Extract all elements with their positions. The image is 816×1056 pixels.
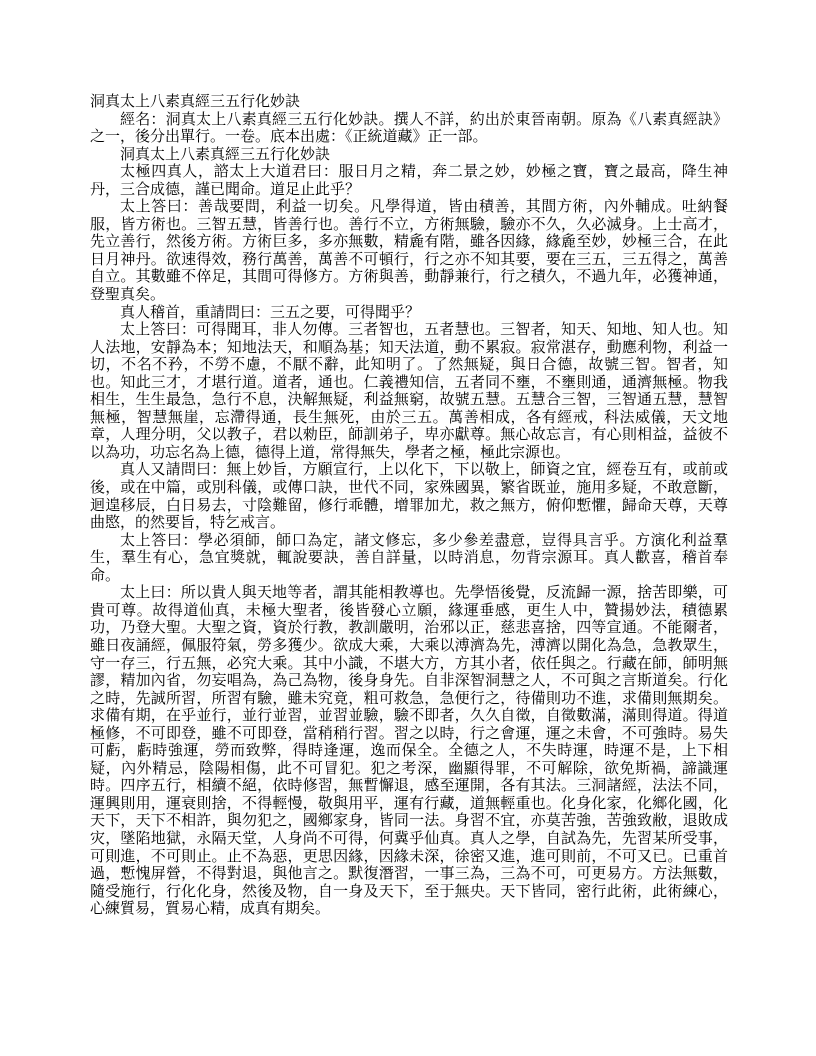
paragraph-question-1: 太極四真人，諮太上大道君曰：服日月之精，奔二景之妙，妙極之寶，寶之最高，降生神丹… — [90, 164, 728, 199]
paragraph-inner-title: 洞真太上八素真經三五行化妙訣 — [90, 147, 728, 165]
paragraph-colophon: 經名：洞真太上八素真經三五行化妙訣。撰人不詳，約出於東晉南朝。原為《八素真經訣》… — [90, 112, 728, 147]
paragraph-answer-2: 太上答曰：可得聞耳，非人勿傳。三者智也，五者慧也。三智者，知天、知地、知人也。知… — [90, 322, 728, 462]
paragraph-question-2: 真人稽首，重請問曰：三五之要，可得聞乎？ — [90, 305, 728, 323]
paragraph-answer-3: 太上答曰：學必須師，師口為定，諸文修忘，多少參差盡意，豈得具言乎。方演化利益羣生… — [90, 533, 728, 586]
paragraph-final-discourse: 太上曰：所以貴人與天地等者，謂其能相教導也。先學悟後覺，反流歸一源，捨苦即樂，可… — [90, 585, 728, 918]
document-page: 洞真太上八素真經三五行化妙訣 經名：洞真太上八素真經三五行化妙訣。撰人不詳，約出… — [90, 94, 728, 919]
paragraph-answer-1: 太上答曰：善哉要問，利益一切矣。凡學得道，皆由積善，其間方術，內外輔成。吐納餐服… — [90, 199, 728, 304]
document-title: 洞真太上八素真經三五行化妙訣 — [90, 94, 728, 112]
paragraph-question-3: 真人又請問曰：無上妙旨，方願宣行，上以化下，下以敬上，師資之宜，經卷互有，或前或… — [90, 462, 728, 532]
